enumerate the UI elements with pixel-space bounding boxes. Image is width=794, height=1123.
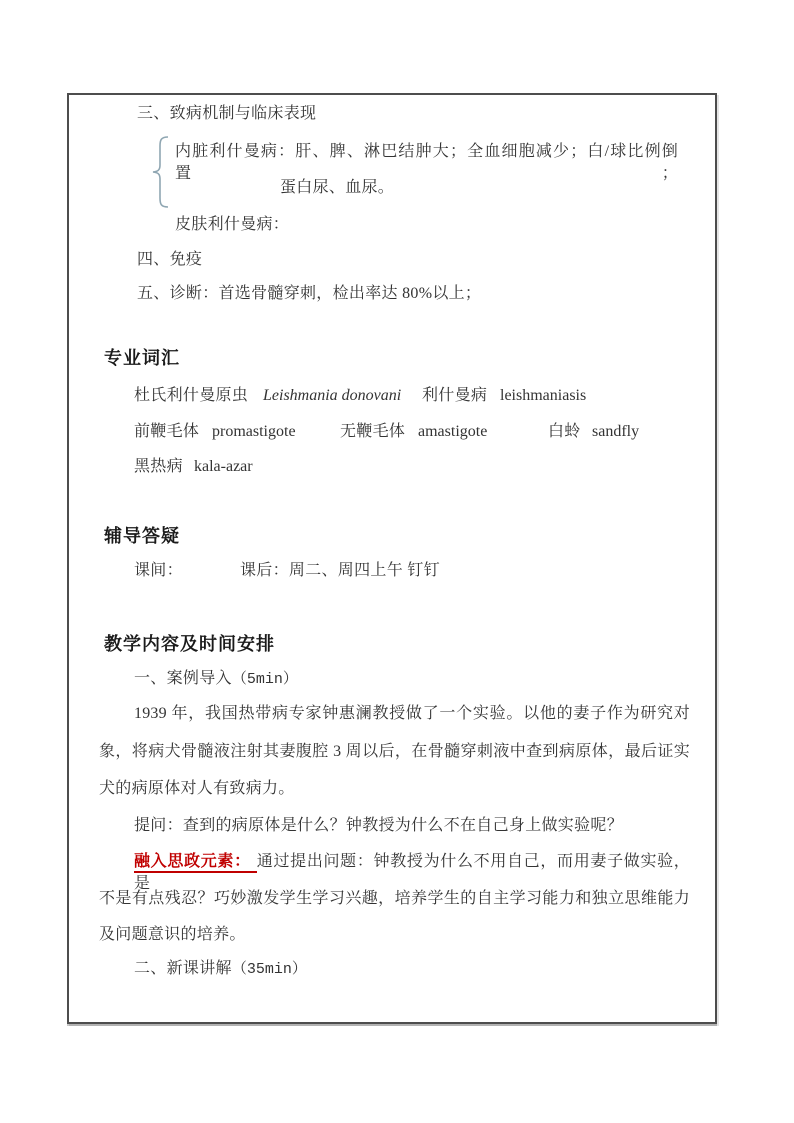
outline-item-4: 四、免疫 <box>137 249 202 271</box>
vocab-term-cn: 杜氏利什曼原虫 <box>134 385 248 407</box>
vocabulary-heading: 专业词汇 <box>104 346 180 370</box>
schedule-item-1: 一、案例导入（5min） <box>134 668 298 691</box>
schedule-heading: 教学内容及时间安排 <box>104 632 275 656</box>
left-brace-icon <box>149 135 171 209</box>
vocab-term-cn: 前鞭毛体 <box>134 421 199 443</box>
vocab-term-cn: 黑热病 <box>134 456 183 478</box>
schedule-item-1-label: 一、案例导入 <box>134 670 232 687</box>
qa-in-class-label: 课间： <box>134 560 183 582</box>
vocab-term-en: leishmaniasis <box>500 385 586 407</box>
vocab-term-cn: 无鞭毛体 <box>340 421 405 443</box>
ideology-line: 及问题意识的培养。 <box>99 924 246 946</box>
visceral-disease-line-1: 内脏利什曼病：肝、脾、淋巴结肿大；全血细胞减少；白/球比例倒置； <box>175 141 678 185</box>
schedule-item-1-time: （5min） <box>232 671 298 688</box>
visceral-disease-line-2: 蛋白尿、血尿。 <box>280 177 394 199</box>
vocab-term-en: amastigote <box>418 421 487 443</box>
vocab-term-en: kala-azar <box>194 456 253 478</box>
schedule-item-2-label: 二、新课讲解 <box>134 960 232 977</box>
schedule-item-2: 二、新课讲解（35min） <box>134 958 307 981</box>
case-paragraph-line: 1939 年，我国热带病专家钟惠澜教授做了一个实验。以他的妻子作为研究对 <box>134 703 690 725</box>
case-paragraph-line: 象，将病犬骨髓液注射其妻腹腔 3 周以后，在骨髓穿刺液中查到病原体，最后证实 <box>99 741 690 763</box>
vocab-term-en: sandfly <box>592 421 639 443</box>
qa-heading: 辅导答疑 <box>104 524 180 548</box>
cutaneous-disease-line: 皮肤利什曼病： <box>175 214 289 236</box>
case-paragraph-line: 犬的病原体对人有致病力。 <box>99 778 295 800</box>
vocab-term-cn: 白蛉 <box>548 421 581 443</box>
ideology-label: 融入思政元素： <box>134 853 257 873</box>
ideology-line: 不是有点残忍？巧妙激发学生学习兴趣，培养学生的自主学习能力和独立思维能力 <box>99 888 690 910</box>
outline-item-3: 三、致病机制与临床表现 <box>137 103 316 125</box>
qa-after-class-label: 课后：周二、周四上午 钉钉 <box>240 560 440 582</box>
question-line: 提问：查到的病原体是什么？钟教授为什么不在自己身上做实验呢？ <box>134 815 623 837</box>
vocab-term-en: Leishmania donovani <box>263 385 401 407</box>
outline-item-5: 五、诊断：首选骨髓穿刺，检出率达 80%以上； <box>137 283 481 305</box>
schedule-item-2-time: （35min） <box>232 961 307 978</box>
vocab-term-en: promastigote <box>212 421 296 443</box>
vocab-term-cn: 利什曼病 <box>422 385 487 407</box>
page-sheet: 三、致病机制与临床表现 内脏利什曼病：肝、脾、淋巴结肿大；全血细胞减少；白/球比… <box>0 0 794 1123</box>
